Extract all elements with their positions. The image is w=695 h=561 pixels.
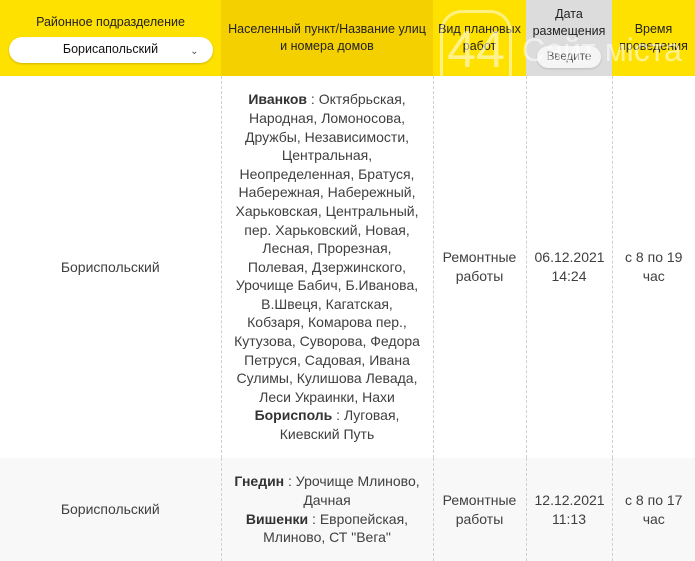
duration-cell: с 8 по 17 час: [612, 458, 695, 561]
district-select-value: Борисапольский: [63, 41, 158, 58]
header-date: Дата размещения Введите: [526, 0, 612, 76]
work-type-cell: Ремонтные работы: [433, 458, 526, 561]
date-header-label: Дата размещения: [530, 6, 608, 40]
settlement-name: Гнедин: [234, 473, 284, 489]
date-filter-input[interactable]: Введите: [537, 46, 601, 68]
header-address: Населенный пункт/Название улиц и номера …: [221, 0, 433, 76]
settlement-name: Вишенки: [246, 511, 308, 527]
address-cell: Иванков : Октябрьская, Народная, Ломонос…: [221, 76, 433, 458]
address-header-label: Населенный пункт/Название улиц и номера …: [225, 21, 429, 55]
address-cell: Гнедин : Урочище Млиново, ДачнаяВишенки …: [221, 458, 433, 561]
date-value: 12.12.2021: [535, 492, 605, 508]
street-list: : Октябрьская, Народная, Ломоносова, Дру…: [234, 91, 420, 405]
district-header-label: Районное подразделение: [4, 14, 217, 31]
outage-table: Районное подразделение Борисапольский ⌄ …: [0, 0, 695, 561]
district-select[interactable]: Борисапольский ⌄: [9, 37, 213, 63]
date-cell: 12.12.202111:13: [526, 458, 612, 561]
table-row: БориспольскийИванков : Октябрьская, Наро…: [0, 76, 695, 458]
work-type-cell: Ремонтные работы: [433, 76, 526, 458]
header-time: Время проведения: [612, 0, 695, 76]
chevron-down-icon: ⌄: [190, 43, 198, 60]
duration-cell: с 8 по 19 час: [612, 76, 695, 458]
settlement-name: Иванков: [248, 91, 307, 107]
work-type-header-label: Вид плановых работ: [437, 21, 522, 55]
header-work-type: Вид плановых работ: [433, 0, 526, 76]
header-district: Районное подразделение Борисапольский ⌄: [0, 0, 221, 76]
street-list: : Урочище Млиново, Дачная: [284, 473, 419, 508]
time-posted-value: 14:24: [551, 268, 586, 284]
district-cell: Бориспольский: [0, 76, 221, 458]
table-header: Районное подразделение Борисапольский ⌄ …: [0, 0, 695, 76]
time-posted-value: 11:13: [552, 511, 586, 527]
district-cell: Бориспольский: [0, 458, 221, 561]
date-cell: 06.12.202114:24: [526, 76, 612, 458]
date-value: 06.12.2021: [535, 249, 605, 265]
settlement-name: Борисполь: [255, 407, 333, 423]
time-header-label: Время проведения: [616, 21, 691, 55]
table-row: БориспольскийГнедин : Урочище Млиново, Д…: [0, 458, 695, 561]
